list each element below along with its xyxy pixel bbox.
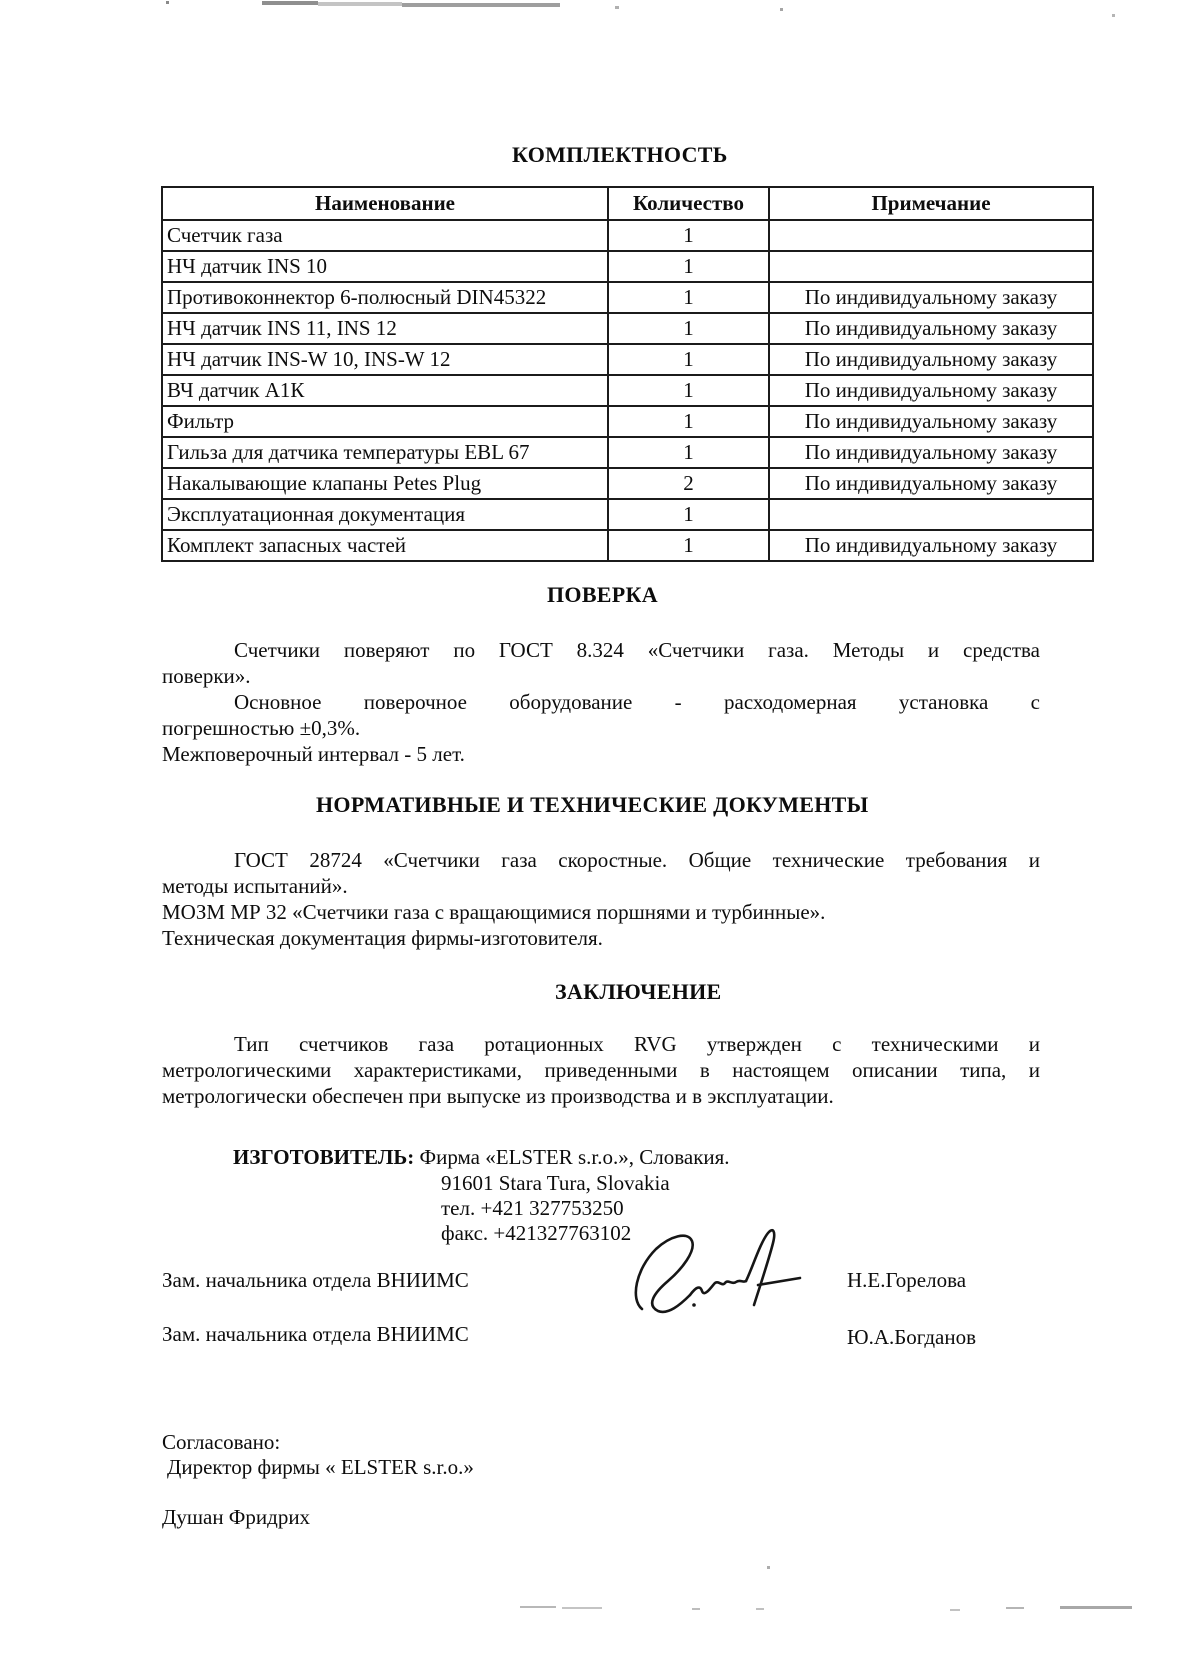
table-row: Эксплуатационная документация1 [162, 499, 1093, 530]
table-cell-name: Фильтр [162, 406, 608, 437]
table-cell-name: Эксплуатационная документация [162, 499, 608, 530]
table-cell-note: По индивидуальному заказу [769, 468, 1093, 499]
table-cell-qty: 2 [608, 468, 769, 499]
manufacturer-line: ИЗГОТОВИТЕЛЬ: Фирма «ELSTER s.r.o.», Сло… [233, 1144, 730, 1170]
table-row: НЧ датчик INS 11, INS 121По индивидуальн… [162, 313, 1093, 344]
scan-artifact-dot [615, 6, 619, 9]
table-cell-qty: 1 [608, 313, 769, 344]
table-row: Накалывающие клапаны Petes Plug2По индив… [162, 468, 1093, 499]
column-header-quantity: Количество [608, 187, 769, 220]
text-line: метрологическими характеристиками, приве… [162, 1057, 1040, 1083]
scanned-document-page: { "title": "КОМПЛЕКТНОСТЬ", "table": { "… [0, 0, 1181, 1659]
table-row: Счетчик газа1 [162, 220, 1093, 251]
manufacturer-phone: тел. +421 327753250 [441, 1195, 624, 1221]
scan-artifact-bottom [562, 1607, 602, 1609]
scan-artifact-dot [767, 1566, 770, 1569]
text-line: Счетчики поверяют по ГОСТ 8.324 «Счетчик… [162, 637, 1040, 663]
approval-position: Директор фирмы « ELSTER s.r.o.» [167, 1454, 474, 1480]
table-cell-note [769, 220, 1093, 251]
table-cell-note: По индивидуальному заказу [769, 375, 1093, 406]
page-title: КОМПЛЕКТНОСТЬ [512, 142, 728, 168]
approval-name: Душан Фридрих [162, 1504, 310, 1530]
table-cell-qty: 1 [608, 437, 769, 468]
column-header-note: Примечание [769, 187, 1093, 220]
table-cell-name: Накалывающие клапаны Petes Plug [162, 468, 608, 499]
text-line: метрологически обеспечен при выпуске из … [162, 1083, 1040, 1109]
scan-artifact-bottom [1060, 1606, 1132, 1609]
text-line: Основное поверочное оборудование - расхо… [162, 689, 1040, 715]
text-line: методы испытаний». [162, 873, 1040, 899]
table-cell-note: По индивидуальному заказу [769, 530, 1093, 561]
table-cell-note: По индивидуальному заказу [769, 282, 1093, 313]
table-row: Фильтр1По индивидуальному заказу [162, 406, 1093, 437]
completeness-table: Наименование Количество Примечание Счетч… [161, 186, 1094, 562]
table-header-row: Наименование Количество Примечание [162, 187, 1093, 220]
scan-artifact-dot [166, 1, 169, 4]
table-row: Противоконнектор 6-полюсный DIN453221По … [162, 282, 1093, 313]
scan-artifact-top [318, 2, 402, 6]
table-cell-name: Противоконнектор 6-полюсный DIN45322 [162, 282, 608, 313]
table-cell-name: НЧ датчик INS 11, INS 12 [162, 313, 608, 344]
table-cell-qty: 1 [608, 530, 769, 561]
table-cell-name: Гильза для датчика температуры EBL 67 [162, 437, 608, 468]
text-line: ГОСТ 28724 «Счетчики газа скоростные. Об… [162, 847, 1040, 873]
table-cell-note [769, 251, 1093, 282]
scan-artifact-bottom [1006, 1607, 1024, 1609]
text-line: МОЗМ МР 32 «Счетчики газа с вращающимися… [162, 899, 1040, 925]
table-cell-qty: 1 [608, 344, 769, 375]
table-row: ВЧ датчик А1К1По индивидуальному заказу [162, 375, 1093, 406]
signoff-name-2: Ю.А.Богданов [847, 1324, 976, 1350]
column-header-name: Наименование [162, 187, 608, 220]
approval-label: Согласовано: [162, 1429, 280, 1455]
text-line: погрешностью ±0,3%. [162, 715, 1040, 741]
section-heading-normative: НОРМАТИВНЫЕ И ТЕХНИЧЕСКИЕ ДОКУМЕНТЫ [316, 792, 869, 818]
signoff-role-2: Зам. начальника отдела ВНИИМС [162, 1321, 469, 1347]
table-cell-name: Комплект запасных частей [162, 530, 608, 561]
table-cell-name: ВЧ датчик А1К [162, 375, 608, 406]
manufacturer-label: ИЗГОТОВИТЕЛЬ: [233, 1145, 414, 1169]
manufacturer-company: Фирма «ELSTER s.r.o.», Словакия. [420, 1145, 730, 1169]
signoff-role-1: Зам. начальника отдела ВНИИМС [162, 1267, 469, 1293]
text-line: Тип счетчиков газа ротационных RVG утвер… [162, 1031, 1040, 1057]
scan-artifact-bottom [520, 1606, 556, 1608]
paragraph-poverka: Счетчики поверяют по ГОСТ 8.324 «Счетчик… [162, 637, 1040, 767]
text-line: Межповерочный интервал - 5 лет. [162, 741, 1040, 767]
scan-artifact-dot [1112, 14, 1115, 17]
text-line: Техническая документация фирмы-изготовит… [162, 925, 1040, 951]
table-cell-qty: 1 [608, 375, 769, 406]
section-heading-poverka: ПОВЕРКА [547, 582, 658, 608]
section-heading-conclusion: ЗАКЛЮЧЕНИЕ [555, 979, 722, 1005]
table-cell-note: По индивидуальному заказу [769, 406, 1093, 437]
scan-artifact-bottom [692, 1608, 700, 1610]
paragraph-conclusion: Тип счетчиков газа ротационных RVG утвер… [162, 1031, 1040, 1109]
signature [628, 1225, 828, 1325]
table-row: Гильза для датчика температуры EBL 671По… [162, 437, 1093, 468]
table-cell-name: Счетчик газа [162, 220, 608, 251]
table-row: НЧ датчик INS 101 [162, 251, 1093, 282]
table-cell-qty: 1 [608, 251, 769, 282]
table-cell-name: НЧ датчик INS 10 [162, 251, 608, 282]
paragraph-normative: ГОСТ 28724 «Счетчики газа скоростные. Об… [162, 847, 1040, 951]
scan-artifact-top [402, 3, 560, 7]
table-cell-name: НЧ датчик INS-W 10, INS-W 12 [162, 344, 608, 375]
table-row: Комплект запасных частей1По индивидуальн… [162, 530, 1093, 561]
table-body: Счетчик газа1НЧ датчик INS 101Противокон… [162, 220, 1093, 561]
table-cell-qty: 1 [608, 282, 769, 313]
table-cell-qty: 1 [608, 499, 769, 530]
table-cell-note: По индивидуальному заказу [769, 344, 1093, 375]
scan-artifact-top [262, 1, 318, 5]
scan-artifact-bottom [950, 1609, 960, 1611]
table-row: НЧ датчик INS-W 10, INS-W 121По индивиду… [162, 344, 1093, 375]
text-line: поверки». [162, 663, 1040, 689]
manufacturer-fax: факс. +421327763102 [441, 1220, 631, 1246]
table-cell-note: По индивидуальному заказу [769, 313, 1093, 344]
scan-artifact-dot [780, 8, 783, 11]
table-cell-qty: 1 [608, 220, 769, 251]
manufacturer-address: 91601 Stara Tura, Slovakia [441, 1170, 670, 1196]
table-cell-qty: 1 [608, 406, 769, 437]
table-cell-note [769, 499, 1093, 530]
scan-artifact-bottom [756, 1608, 764, 1610]
table-cell-note: По индивидуальному заказу [769, 437, 1093, 468]
signoff-name-1: Н.Е.Горелова [847, 1267, 966, 1293]
